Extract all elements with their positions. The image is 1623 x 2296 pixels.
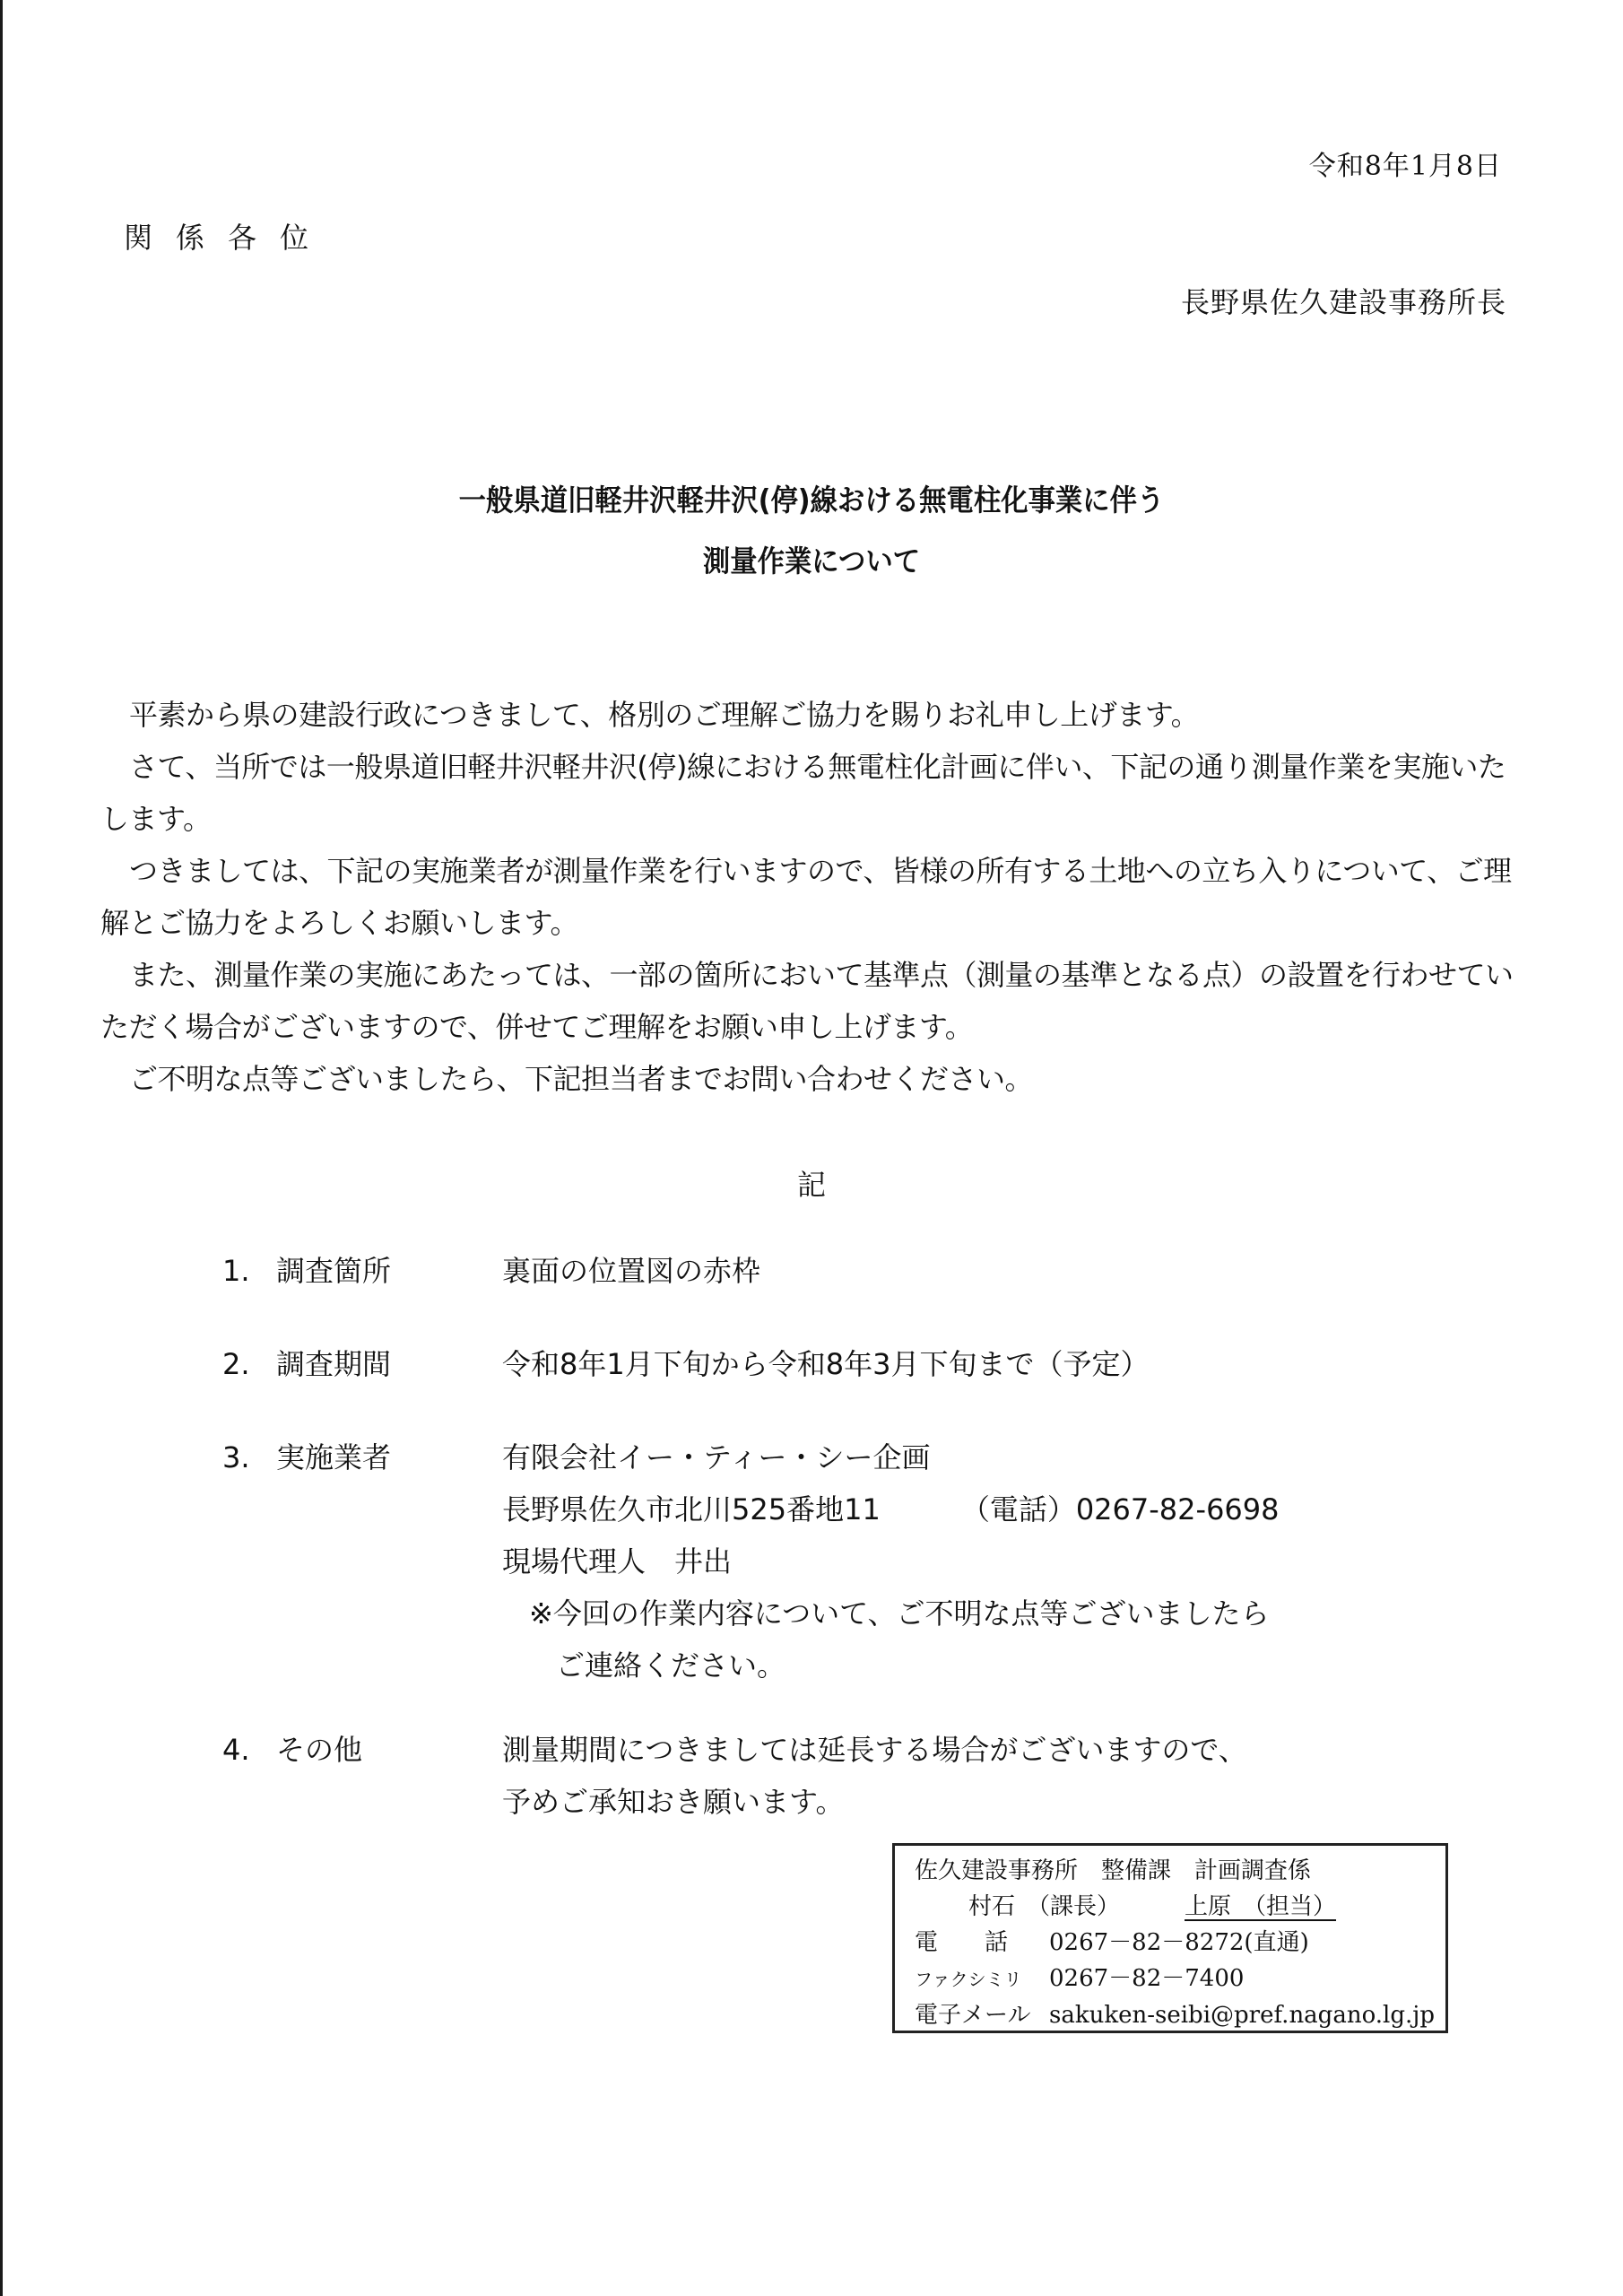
item-value-line: 令和8年1月下旬から令和8年3月下旬まで（予定） xyxy=(502,1338,1149,1390)
item-label: 調査箇所 xyxy=(276,1245,502,1297)
contractor-company: 有限会社イー・ティー・シー企画 xyxy=(502,1431,1280,1483)
contact-manager: 村石 （課長） xyxy=(968,1893,1120,1920)
contact-email-label: 電子メール xyxy=(915,1997,1049,2033)
contact-box: 佐久建設事務所 整備課 計画調査係 村石 （課長）上原 （担当） 電 話0267… xyxy=(892,1843,1448,2033)
contact-names: 村石 （課長）上原 （担当） xyxy=(915,1889,1445,1925)
contact-office: 佐久建設事務所 整備課 計画調査係 xyxy=(915,1853,1445,1889)
contractor-phone: （電話）0267-82-6698 xyxy=(961,1492,1280,1526)
body-paragraph: さて、当所では一般県道旧軽井沢軽井沢(停)線における無電柱化計画に伴い、下記の通… xyxy=(100,741,1517,845)
contact-staff: 上原 （担当） xyxy=(1185,1893,1336,1920)
contact-phone-label: 電 話 xyxy=(915,1925,1049,1961)
recipient: 関係各位 xyxy=(124,215,332,257)
item-number: 1. xyxy=(222,1245,276,1297)
contact-phone-line: 電 話0267－82－8272(直通) xyxy=(915,1925,1445,1961)
item-contractor: 3.実施業者 有限会社イー・ティー・シー企画 長野県佐久市北川525番地11（電… xyxy=(222,1431,502,1483)
item-value: 裏面の位置図の赤枠 xyxy=(502,1245,760,1297)
item-number: 3. xyxy=(222,1431,276,1483)
contact-fax-line: ファクシミリ0267－82－7400 xyxy=(915,1961,1445,1997)
contractor-address-line: 長野県佐久市北川525番地11（電話）0267-82-6698 xyxy=(502,1483,1280,1535)
item-survey-period: 2.調査期間 令和8年1月下旬から令和8年3月下旬まで（予定） xyxy=(222,1338,502,1390)
item-value-line: 予めご承知おき願います。 xyxy=(502,1776,1247,1828)
item-survey-location: 1.調査箇所 裏面の位置図の赤枠 xyxy=(222,1245,502,1297)
contractor-note: ※今回の作業内容について、ご不明な点等ございましたら xyxy=(502,1587,1280,1639)
contractor-note: ご連絡ください。 xyxy=(502,1639,1280,1692)
body-text: 平素から県の建設行政につきまして、格別のご理解ご協力を賜りお礼申し上げます。 さ… xyxy=(100,689,1517,1105)
sender: 長野県佐久建設事務所長 xyxy=(1181,280,1506,321)
contact-fax: 0267－82－7400 xyxy=(1049,1965,1244,1992)
document-title-line-1: 一般県道旧軽井沢軽井沢(停)線おける無電柱化事業に伴う xyxy=(65,477,1558,519)
ki-heading: 記 xyxy=(0,1162,1623,1204)
body-paragraph: つきましては、下記の実施業者が測量作業を行いますので、皆様の所有する土地への立ち… xyxy=(100,845,1517,949)
body-paragraph: 平素から県の建設行政につきまして、格別のご理解ご協力を賜りお礼申し上げます。 xyxy=(100,689,1517,741)
contact-fax-label: ファクシミリ xyxy=(915,1961,1049,1997)
item-number: 2. xyxy=(222,1338,276,1390)
contact-email-line: 電子メールsakuken-seibi@pref.nagano.lg.jp xyxy=(915,1997,1445,2033)
contact-email[interactable]: sakuken-seibi@pref.nagano.lg.jp xyxy=(1049,2002,1435,2029)
item-label: 実施業者 xyxy=(276,1431,502,1483)
scan-edge xyxy=(0,0,3,2296)
contractor-agent: 現場代理人 井出 xyxy=(502,1535,1280,1587)
item-value-line: 測量期間につきましては延長する場合がございますので、 xyxy=(502,1724,1247,1776)
contractor-address: 長野県佐久市北川525番地11 xyxy=(502,1492,881,1526)
item-value: 令和8年1月下旬から令和8年3月下旬まで（予定） xyxy=(502,1338,1149,1390)
document-title-line-2: 測量作業について xyxy=(65,538,1558,580)
item-number: 4. xyxy=(222,1724,276,1776)
item-value: 測量期間につきましては延長する場合がございますので、 予めご承知おき願います。 xyxy=(502,1724,1247,1828)
item-value-line: 裏面の位置図の赤枠 xyxy=(502,1245,760,1297)
document-date: 令和8年1月8日 xyxy=(1309,143,1502,183)
item-other: 4.その他 測量期間につきましては延長する場合がございますので、 予めご承知おき… xyxy=(222,1724,502,1776)
body-paragraph: ご不明な点等ございましたら、下記担当者までお問い合わせください。 xyxy=(100,1053,1517,1105)
item-value: 有限会社イー・ティー・シー企画 長野県佐久市北川525番地11（電話）0267-… xyxy=(502,1431,1280,1692)
item-label: 調査期間 xyxy=(276,1338,502,1390)
contact-phone: 0267－82－8272(直通) xyxy=(1049,1929,1309,1956)
body-paragraph: また、測量作業の実施にあたっては、一部の箇所において基準点（測量の基準となる点）… xyxy=(100,949,1517,1053)
item-label: その他 xyxy=(276,1724,502,1776)
